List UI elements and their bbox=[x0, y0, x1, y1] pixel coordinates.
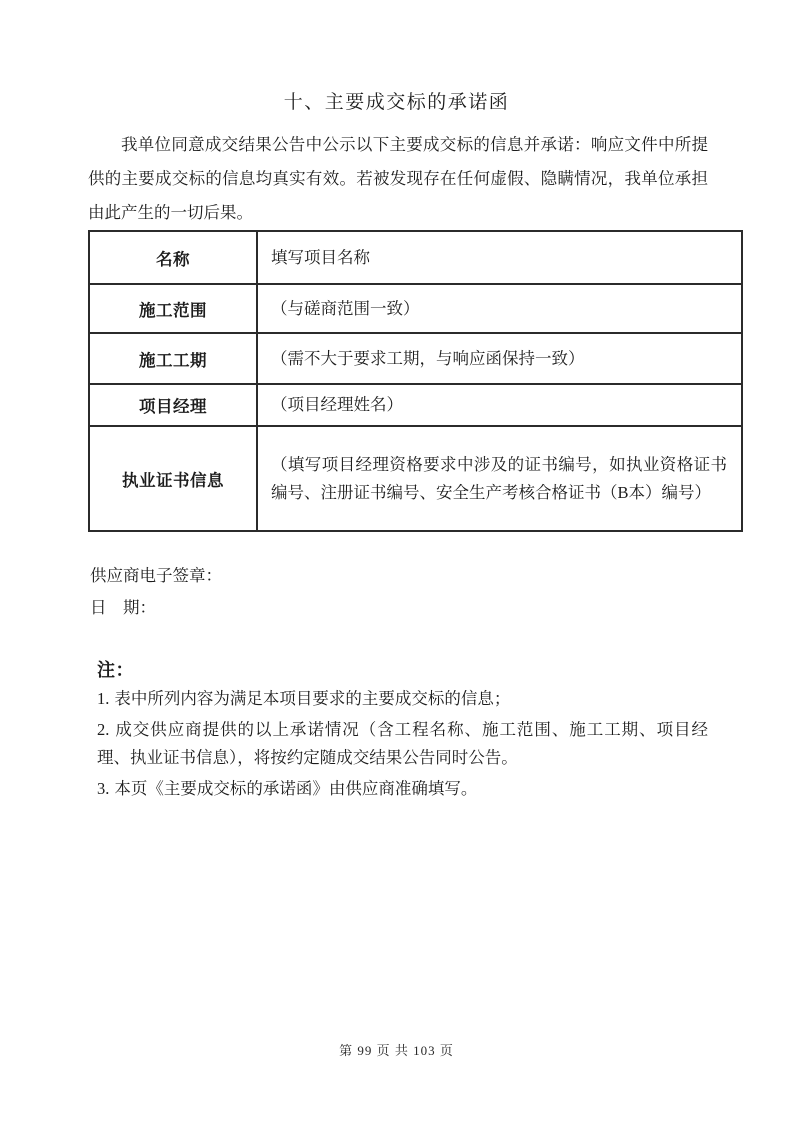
row-label-construction-scope: 施工范围 bbox=[89, 284, 257, 333]
note-item-3: 3.本页《主要成交标的承诺函》由供应商准确填写。 bbox=[97, 775, 708, 803]
notes-section: 注： 1.表中所列内容为满足本项目要求的主要成交标的信息； 2.成交供应商提供的… bbox=[97, 658, 708, 803]
row-value-construction-scope: （与磋商范围一致） bbox=[257, 284, 742, 333]
note-number: 2. bbox=[97, 716, 109, 744]
note-number: 3. bbox=[97, 775, 109, 803]
page-title: 十、主要成交标的承诺函 bbox=[0, 0, 793, 114]
row-label-project-manager: 项目经理 bbox=[89, 384, 257, 426]
note-item-1: 1.表中所列内容为满足本项目要求的主要成交标的信息； bbox=[97, 685, 708, 713]
note-text: 表中所列内容为满足本项目要求的主要成交标的信息； bbox=[114, 689, 510, 708]
row-value-construction-period: （需不大于要求工期，与响应函保持一致） bbox=[257, 333, 742, 384]
note-number: 1. bbox=[97, 685, 109, 713]
commitment-table: 名称 填写项目名称 施工范围 （与磋商范围一致） 施工工期 （需不大于要求工期，… bbox=[88, 230, 743, 532]
table-row-certificate-info: 执业证书信息 （填写项目经理资格要求中涉及的证书编号，如执业资格证书编号、注册证… bbox=[89, 426, 742, 531]
table-row-construction-period: 施工工期 （需不大于要求工期，与响应函保持一致） bbox=[89, 333, 742, 384]
document-page: 十、主要成交标的承诺函 我单位同意成交结果公告中公示以下主要成交标的信息并承诺：… bbox=[0, 0, 793, 1122]
row-value-name: 填写项目名称 bbox=[257, 231, 742, 284]
signature-block: 供应商电子签章： 日 期： bbox=[90, 560, 708, 624]
row-label-certificate-info: 执业证书信息 bbox=[89, 426, 257, 531]
table-row-construction-scope: 施工范围 （与磋商范围一致） bbox=[89, 284, 742, 333]
supplier-seal-label: 供应商电子签章： bbox=[90, 560, 708, 592]
table-row-name: 名称 填写项目名称 bbox=[89, 231, 742, 284]
note-item-2: 2.成交供应商提供的以上承诺情况（含工程名称、施工范围、施工工期、项目经理、执业… bbox=[97, 716, 708, 772]
row-label-construction-period: 施工工期 bbox=[89, 333, 257, 384]
date-label: 日 期： bbox=[90, 592, 708, 624]
table-row-project-manager: 项目经理 （项目经理姓名） bbox=[89, 384, 742, 426]
row-value-certificate-info: （填写项目经理资格要求中涉及的证书编号，如执业资格证书编号、注册证书编号、安全生… bbox=[257, 426, 742, 531]
note-text: 成交供应商提供的以上承诺情况（含工程名称、施工范围、施工工期、项目经理、执业证书… bbox=[97, 720, 708, 767]
intro-paragraph: 我单位同意成交结果公告中公示以下主要成交标的信息并承诺：响应文件中所提供的主要成… bbox=[88, 128, 708, 230]
row-label-name: 名称 bbox=[89, 231, 257, 284]
row-value-project-manager: （项目经理姓名） bbox=[257, 384, 742, 426]
page-number: 第 99 页 共 103 页 bbox=[0, 1040, 793, 1059]
notes-header: 注： bbox=[97, 658, 708, 682]
note-text: 本页《主要成交标的承诺函》由供应商准确填写。 bbox=[114, 779, 477, 798]
